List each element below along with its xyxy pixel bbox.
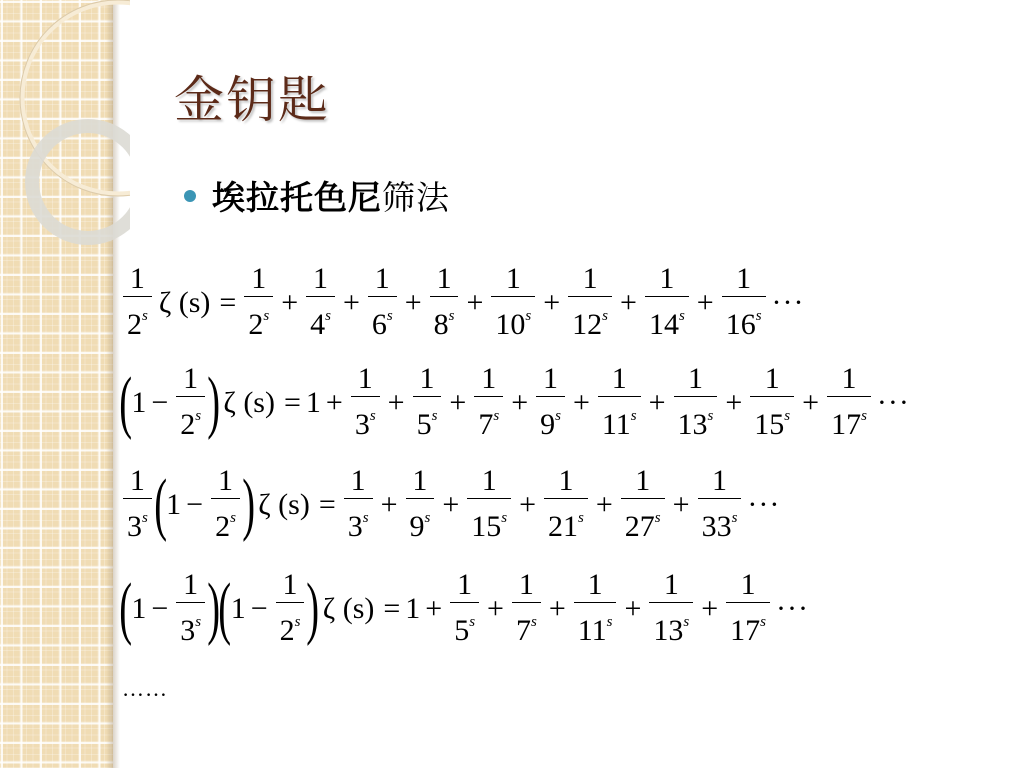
equation-1: 12s ζ (s) = 12s + 14s + 16s + 18s + 110s…: [120, 262, 805, 344]
slide-title: 金钥匙: [174, 60, 330, 132]
term: 13s: [351, 362, 380, 444]
zeta-function: ζ (s): [159, 286, 211, 320]
term: 111s: [598, 362, 641, 444]
term: 113s: [674, 362, 718, 444]
zeta-function: ζ (s): [223, 386, 275, 420]
term: 117s: [726, 568, 770, 650]
term: 19s: [406, 464, 435, 546]
term: 110s: [491, 262, 535, 344]
term: 18s: [430, 262, 459, 344]
continuation-ellipsis: ……: [122, 676, 168, 702]
equation-2: ( 1− 12s ) ζ (s) = 1 + 13s + 15s + 17s +…: [120, 362, 910, 444]
term: 15s: [413, 362, 442, 444]
bullet-dot-icon: [184, 190, 196, 202]
bullet-item: 埃拉托色尼筛法: [184, 172, 450, 219]
term: 116s: [722, 262, 766, 344]
term: 17s: [512, 568, 541, 650]
term: 16s: [368, 262, 397, 344]
equation-4: ( 1− 13s )( 1− 12s ) ζ (s) = 1 + 15s + 1…: [120, 568, 809, 650]
term: 115s: [467, 464, 511, 546]
term: 133s: [698, 464, 742, 546]
term: 121s: [544, 464, 588, 546]
equation-3: 13s ( 1− 12s ) ζ (s) = 13s + 19s + 115s …: [120, 464, 780, 546]
term: 112s: [568, 262, 612, 344]
zeta-function: ζ (s): [258, 488, 310, 522]
term: 111s: [574, 568, 617, 650]
term: 113s: [649, 568, 693, 650]
term: 114s: [645, 262, 689, 344]
bullet-text: 埃拉托色尼筛法: [212, 172, 450, 219]
term: 15s: [450, 568, 479, 650]
term: 117s: [827, 362, 871, 444]
term: 127s: [621, 464, 665, 546]
fraction: 12s: [123, 262, 152, 344]
term: 12s: [244, 262, 273, 344]
zeta-function: ζ (s): [323, 592, 375, 626]
small-ring: [32, 126, 130, 238]
term: 13s: [344, 464, 373, 546]
term: 17s: [474, 362, 503, 444]
decorative-rings: [0, 0, 130, 300]
term: 14s: [306, 262, 335, 344]
term: 19s: [536, 362, 565, 444]
term: 115s: [750, 362, 794, 444]
